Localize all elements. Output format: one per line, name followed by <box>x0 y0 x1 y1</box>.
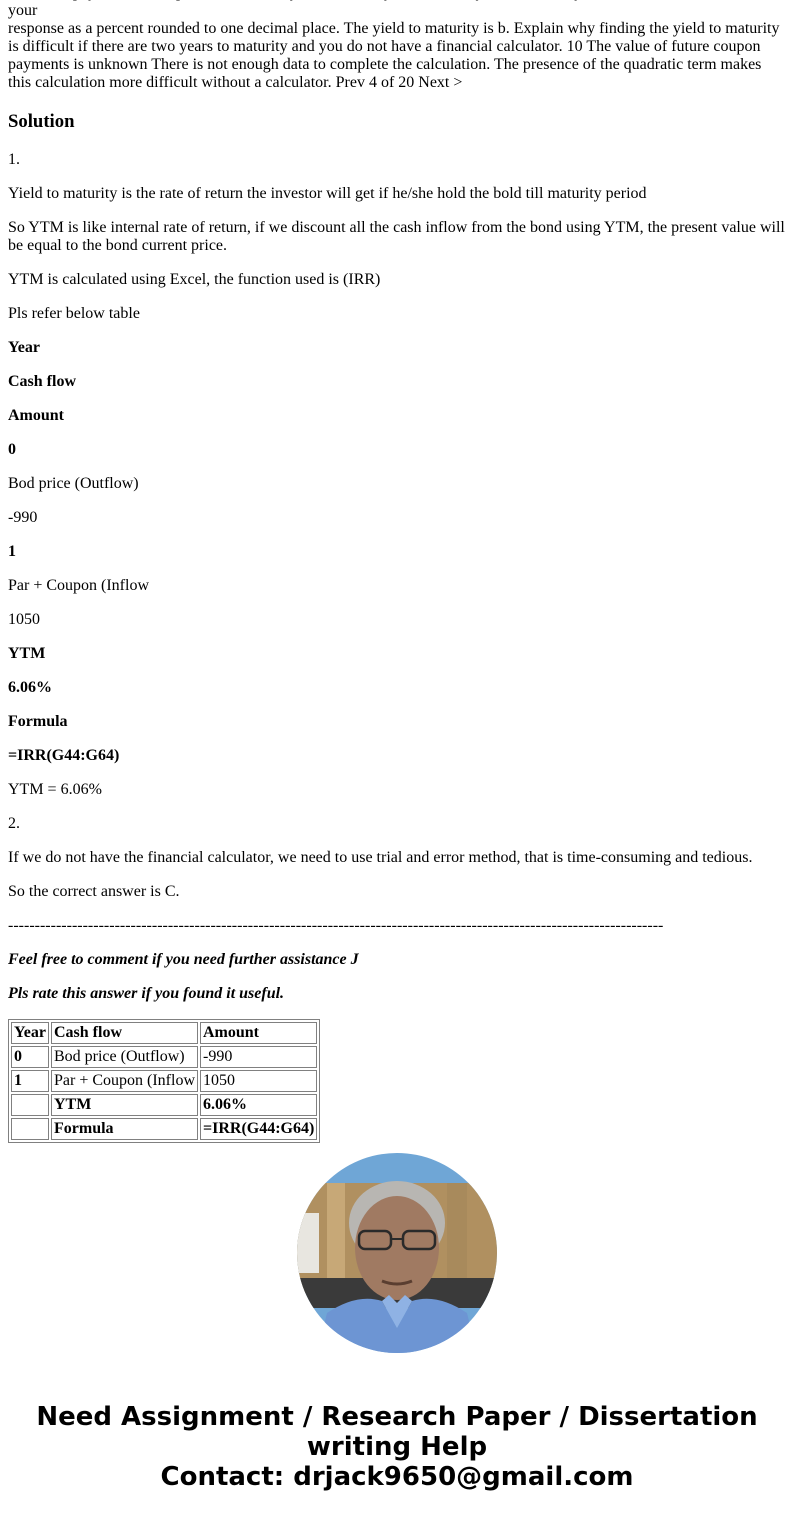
flat-cell: Year <box>8 339 786 357</box>
table-cell: Bod price (Outflow) <box>51 1046 198 1068</box>
promo-contact[interactable]: Contact: drjack9650@gmail.com <box>0 1462 794 1492</box>
table-header-cell: Year <box>11 1022 49 1044</box>
table-cell: =IRR(G44:G64) <box>200 1118 317 1140</box>
table-cell <box>11 1094 49 1116</box>
correct-answer: So the correct answer is C. <box>8 883 786 901</box>
flat-cell: 0 <box>8 441 786 459</box>
solution-heading: Solution <box>8 111 786 133</box>
table-header-row: YearCash flowAmount <box>11 1022 317 1044</box>
rate-note: Pls rate this answer if you found it use… <box>8 985 786 1003</box>
page-content: The bond pays annual coupons and has one… <box>8 0 786 1143</box>
flat-cell: 1 <box>8 543 786 561</box>
question-nav[interactable]: Prev 4 of 20 Next > <box>336 74 463 91</box>
flat-cell: Par + Coupon (Inflow <box>8 577 786 595</box>
question-cut-line: The bond pays annual coupons and has one… <box>8 0 786 20</box>
part2-label: 2. <box>8 815 786 833</box>
flat-cell: YTM <box>8 645 786 663</box>
ytm-result: YTM = 6.06% <box>8 781 786 799</box>
promo-line-1: Need Assignment / Research Paper / Disse… <box>0 1402 794 1432</box>
table-cell: 1050 <box>200 1070 317 1092</box>
promo-banner: Need Assignment / Research Paper / Disse… <box>0 1402 794 1492</box>
promo-line-2: writing Help <box>0 1432 794 1462</box>
flat-cell: =IRR(G44:G64) <box>8 747 786 765</box>
table-cell: 0 <box>11 1046 49 1068</box>
table-row: YTM6.06% <box>11 1094 317 1116</box>
flat-cell: Cash flow <box>8 373 786 391</box>
table-cell: YTM <box>51 1094 198 1116</box>
flat-cell: Formula <box>8 713 786 731</box>
table-cell: Formula <box>51 1118 198 1140</box>
flat-table-cells: YearCash flowAmount0Bod price (Outflow)-… <box>8 339 786 765</box>
table-reference: Pls refer below table <box>8 305 786 323</box>
tutor-portrait-icon <box>297 1153 497 1353</box>
cash-flow-table: YearCash flowAmount0Bod price (Outflow)-… <box>8 1019 320 1143</box>
comment-note: Feel free to comment if you need further… <box>8 951 786 969</box>
avatar <box>297 1153 497 1353</box>
table-cell: 1 <box>11 1070 49 1092</box>
flat-cell: 1050 <box>8 611 786 629</box>
table-cell <box>11 1118 49 1140</box>
table-row: 1Par + Coupon (Inflow1050 <box>11 1070 317 1092</box>
part1-label: 1. <box>8 151 786 169</box>
flat-cell: Bod price (Outflow) <box>8 475 786 493</box>
divider-line: ----------------------------------------… <box>8 917 786 935</box>
ytm-explanation: So YTM is like internal rate of return, … <box>8 219 786 255</box>
table-row: 0Bod price (Outflow)-990 <box>11 1046 317 1068</box>
table-row: Formula=IRR(G44:G64) <box>11 1118 317 1140</box>
table-header-cell: Amount <box>200 1022 317 1044</box>
table-cell: 6.06% <box>200 1094 317 1116</box>
question-text: The bond pays annual coupons and has one… <box>8 0 786 92</box>
flat-cell: Amount <box>8 407 786 425</box>
ytm-definition: Yield to maturity is the rate of return … <box>8 185 786 203</box>
calculator-explanation: If we do not have the financial calculat… <box>8 849 786 867</box>
flat-cell: 6.06% <box>8 679 786 697</box>
excel-note: YTM is calculated using Excel, the funct… <box>8 271 786 289</box>
table-cell: -990 <box>200 1046 317 1068</box>
table-cell: Par + Coupon (Inflow <box>51 1070 198 1092</box>
table-header-cell: Cash flow <box>51 1022 198 1044</box>
flat-cell: -990 <box>8 509 786 527</box>
